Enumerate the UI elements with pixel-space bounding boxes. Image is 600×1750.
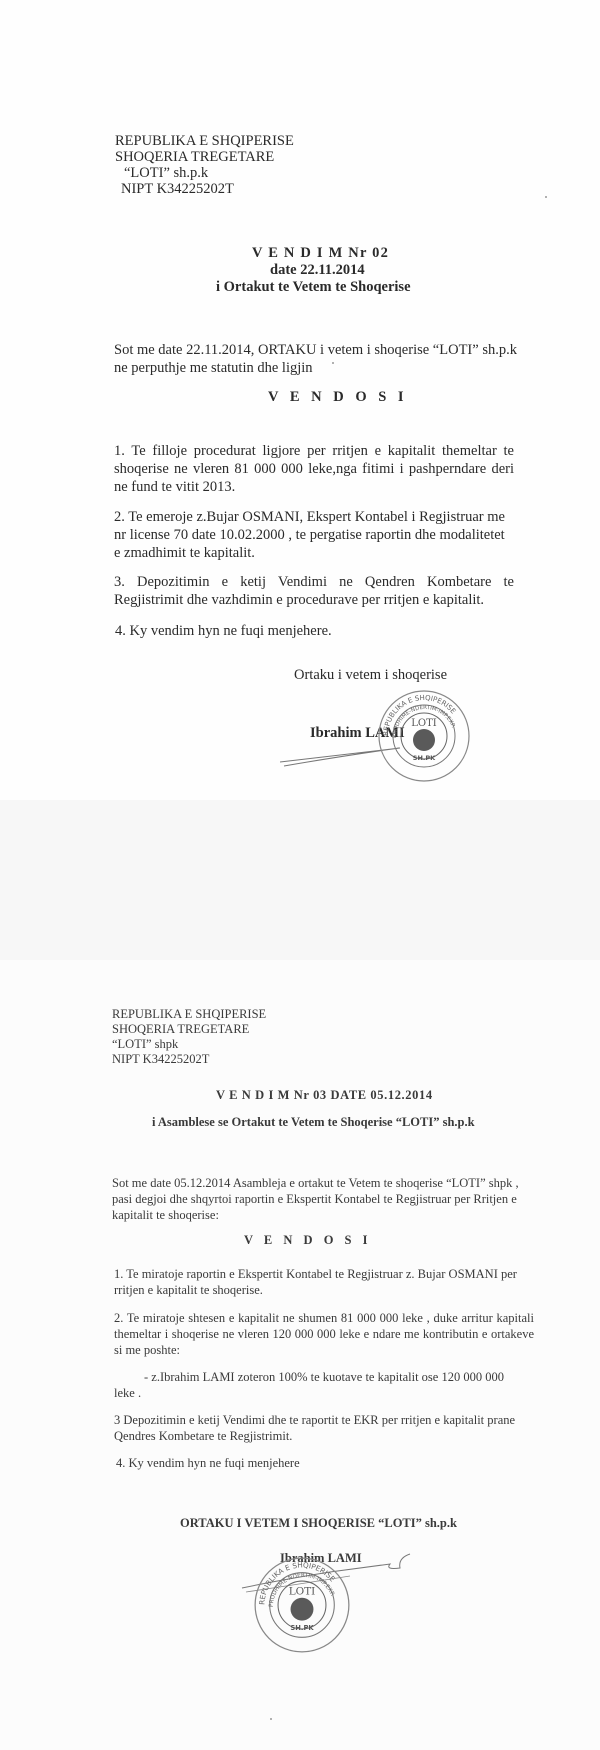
- decision-item-3: 3. Depozitimin e ketij Vendimi ne Qendre…: [114, 573, 514, 609]
- decision-title: V E N D I M Nr 02: [252, 244, 389, 262]
- header-nipt: NIPT K34225202T: [121, 180, 234, 198]
- company-stamp-icon: LOTI SH.PK REPUBLIKA E SHQIPERISE PRODHI…: [376, 688, 472, 784]
- intro-paragraph: Sot me date 22.11.2014, ORTAKU i vetem i…: [114, 341, 534, 377]
- decision-title: V E N D I M Nr 03 DATE 05.12.2014: [216, 1087, 433, 1103]
- page-separator: [0, 800, 600, 960]
- header-country: REPUBLIKA E SHQIPERISE: [112, 1006, 266, 1022]
- decision-item-4: 4. Ky vendim hyn ne fuqi menjehere.: [115, 622, 332, 640]
- svg-text:LOTI: LOTI: [411, 718, 437, 729]
- decision-date: date 22.11.2014: [270, 261, 365, 279]
- decision-item-2: 2. Te emeroje z.Bujar OSMANI, Ekspert Ko…: [114, 508, 514, 562]
- svg-text:SH.PK: SH.PK: [290, 1624, 314, 1632]
- svg-text:SH.PK: SH.PK: [413, 754, 436, 762]
- signature-role: ORTAKU I VETEM I SHOQERISE “LOTI” sh.p.k: [180, 1515, 457, 1531]
- decision-subtitle: i Ortakut te Vetem te Shoqerise: [216, 278, 411, 296]
- decision-subtitle: i Asamblese se Ortakut te Vetem te Shoqe…: [152, 1114, 475, 1130]
- decides-heading: V E N D O S I: [268, 388, 408, 406]
- company-stamp-icon: LOTI SH.PK REPUBLIKA E SHQIPERISE PRODHI…: [252, 1555, 352, 1655]
- decision-item-1: 1. Te miratoje raportin e Ekspertit Kont…: [114, 1266, 534, 1298]
- svg-text:LOTI: LOTI: [289, 1586, 316, 1598]
- document-page-1: REPUBLIKA E SHQIPERISE SHOQERIA TREGETAR…: [0, 0, 600, 800]
- document-page-2: REPUBLIKA E SHQIPERISE SHOQERIA TREGETAR…: [0, 960, 600, 1750]
- intro-paragraph: Sot me date 05.12.2014 Asambleja e ortak…: [112, 1175, 532, 1223]
- decides-heading: V E N D O S I: [244, 1232, 371, 1248]
- decision-item-2: 2. Te miratoje shtesen e kapitalit ne sh…: [114, 1310, 534, 1358]
- header-company-type: SHOQERIA TREGETARE: [112, 1021, 249, 1037]
- decision-item-3: 3 Depozitimin e ketij Vendimi dhe te rap…: [114, 1412, 534, 1444]
- signature-role: Ortaku i vetem i shoqerise: [294, 666, 447, 684]
- decision-item-2-detail: - z.Ibrahim LAMI zoteron 100% te kuotave…: [114, 1369, 514, 1401]
- decision-item-4: 4. Ky vendim hyn ne fuqi menjehere: [116, 1455, 300, 1471]
- header-company-name: “LOTI” shpk: [112, 1036, 178, 1052]
- decision-item-1: 1. Te filloje procedurat ligjore per rri…: [114, 442, 514, 496]
- header-nipt: NIPT K34225202T: [112, 1051, 209, 1067]
